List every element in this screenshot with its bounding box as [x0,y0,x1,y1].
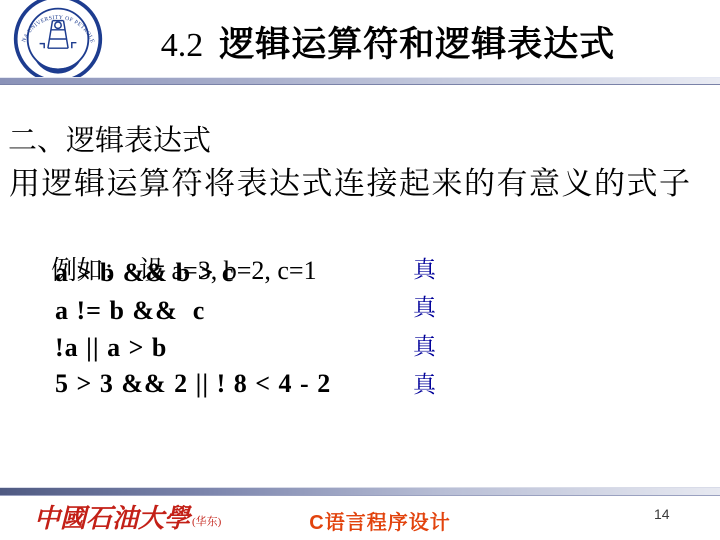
expression-2-result: 真 [413,289,436,322]
slide-title: 4.2逻辑运算符和逻辑表达式 [161,25,616,65]
footer-course-title: C语言程序设计 [309,506,450,535]
expression-1: a > b && b > c [55,258,234,288]
university-logo: CHINA UNIVERSITY OF PETROLEUM [12,0,104,85]
footer-divider [0,487,720,496]
expression-4: 5 > 3 && 2 || ! 8 < 4 - 2 [55,369,331,399]
presentation-slide: CHINA UNIVERSITY OF PETROLEUM 4.2逻辑运算符和逻… [0,0,720,540]
expression-1-result: 真 [413,251,436,284]
expression-2: a != b && c [55,296,205,326]
slide-title-text: 逻辑运算符和逻辑表达式 [219,25,615,64]
expression-3: !a || a > b [55,333,167,363]
slide-title-number: 4.2 [161,27,204,64]
footer-university-wordmark: 中國石油大學(华东) [34,498,221,535]
definition-text: 用逻辑运算符将表达式连接起来的有意义的式子 [9,158,692,203]
expression-4-result: 真 [413,366,436,399]
section-heading: 二、逻辑表达式 [8,118,211,159]
header-divider [0,77,720,85]
expression-3-result: 真 [413,328,436,361]
footer-campus-label: (华东) [192,516,221,528]
footer-university-name: 中國石油大學 [34,504,190,533]
page-number: 14 [654,506,670,522]
